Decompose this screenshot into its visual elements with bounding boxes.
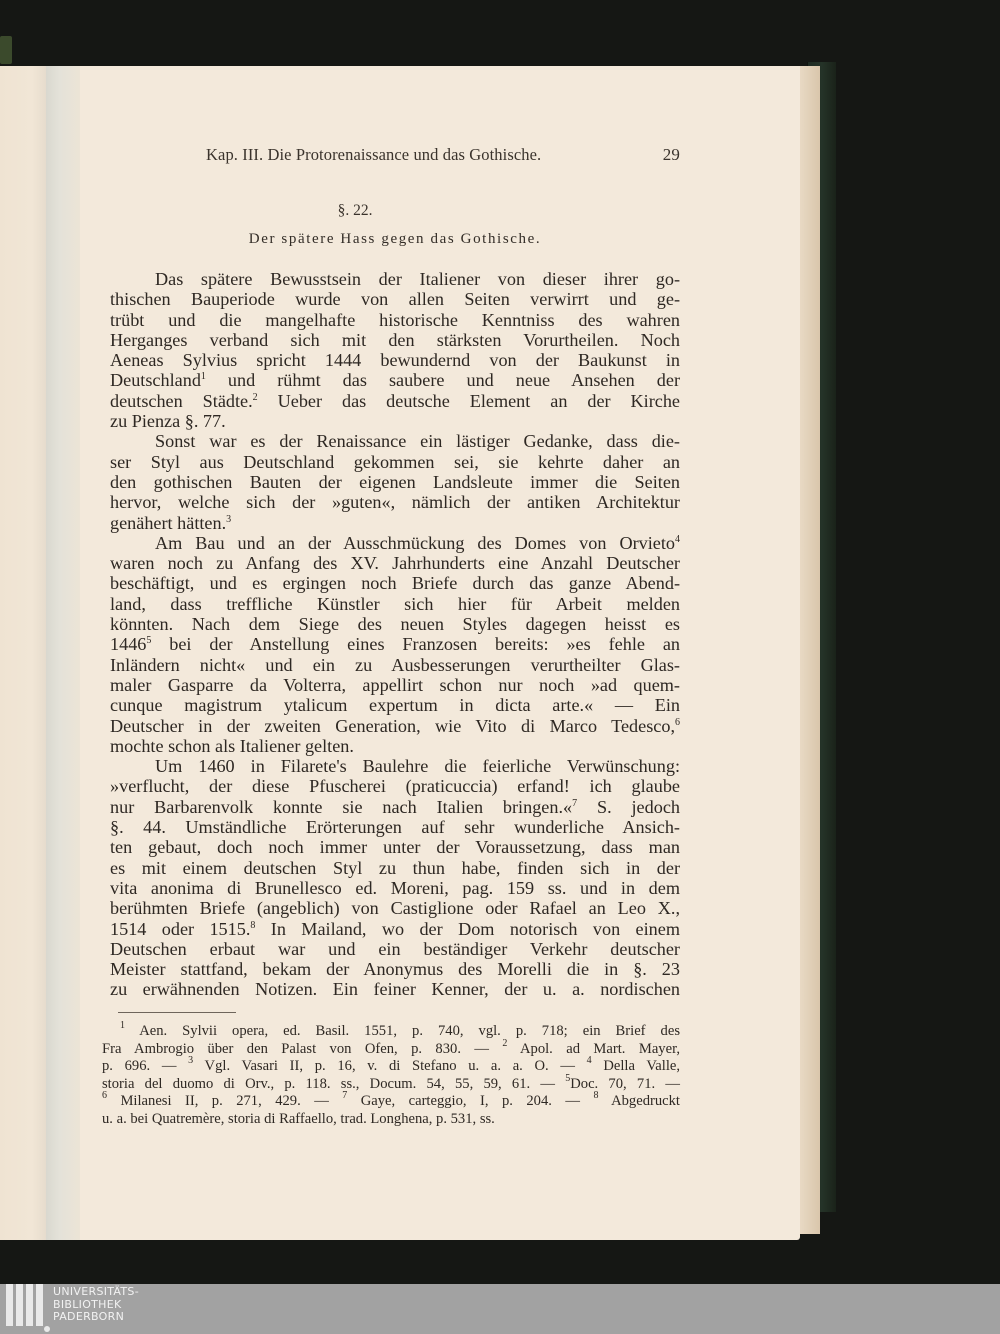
footnotes: 1 Aen. Sylvii opera, ed. Basil. 1551, p.… — [102, 1023, 680, 1129]
text-line: waren noch zu Anfang des XV. Jahrhundert… — [110, 553, 680, 573]
text-line: cunque magistrum ytalicum expertum in di… — [110, 695, 680, 715]
footnote-line: u. a. bei Quatremère, storia di Raffaell… — [102, 1111, 680, 1129]
footnote-marker: 3 — [226, 514, 231, 525]
book-gutter — [46, 66, 80, 1240]
text-line: §. 44. Umständliche Erörterungen auf seh… — [110, 817, 680, 837]
book-page: Kap. III. Die Protorenaissance und das G… — [80, 66, 800, 1240]
text-line: »verflucht, der diese Pfuscherei (pratic… — [110, 776, 680, 796]
footnote-line: p. 696. — 3 Vgl. Vasari II, p. 16, v. di… — [102, 1058, 680, 1076]
text-line: ser Styl aus Deutschland gekommen sei, s… — [110, 452, 680, 472]
text-line: vita anonima di Brunellesco ed. Moreni, … — [110, 878, 680, 898]
text-line: Aeneas Sylvius spricht 1444 bewundernd v… — [110, 350, 680, 370]
footnote-marker: 7 — [572, 798, 577, 809]
text-line: den gothischen Bauten der eigenen Landsl… — [110, 472, 680, 492]
text-line: 14465 bei der Anstellung eines Franzosen… — [110, 634, 680, 654]
text-line: es mit einem deutschen Styl zu thun habe… — [110, 858, 680, 878]
text-line: land, dass treffliche Künstler sich hier… — [110, 594, 680, 614]
logo-line-3: PADERBORN — [53, 1311, 139, 1324]
footnote-marker: 1 — [120, 1020, 125, 1031]
footnote-marker: 8 — [593, 1090, 598, 1101]
text-line: Herganges verband sich mit den stärksten… — [110, 330, 680, 350]
text-line: 1514 oder 1515.8 In Mailand, wo der Dom … — [110, 919, 680, 939]
text-line: Sonst war es der Renaissance ein lästige… — [110, 431, 680, 451]
footnote-marker: 4 — [587, 1055, 592, 1066]
text-line: genähert hätten.3 — [110, 513, 680, 533]
footnote-line: 6 Milanesi II, p. 271, 429. — 7 Gaye, ca… — [102, 1093, 680, 1111]
text-line: Inländern nicht« und ein zu Ausbesserung… — [110, 655, 680, 675]
footnote-marker: 2 — [253, 392, 258, 403]
text-line: Meister stattfand, bekam der Anonymus de… — [110, 959, 680, 979]
text-line: Deutschen erbaut war und ein beständiger… — [110, 939, 680, 959]
text-line: zu erwähnenden Notizen. Ein feiner Kenne… — [110, 979, 680, 999]
body-text: Das spätere Bewusstsein der Italiener vo… — [110, 269, 680, 1000]
text-line: thischen Bauperiode wurde von allen Seit… — [110, 289, 680, 309]
footnote-marker: 8 — [250, 920, 255, 931]
library-logo-icon — [6, 1284, 46, 1334]
footnote-marker: 4 — [675, 534, 680, 545]
text-line: nur Barbarenvolk konnte sie nach Italien… — [110, 797, 680, 817]
text-line: Am Bau und an der Ausschmückung des Dome… — [110, 533, 680, 553]
text-line: berühmten Briefe (angeblich) von Castigl… — [110, 898, 680, 918]
page-number: 29 — [663, 145, 680, 165]
running-head-title: Kap. III. Die Protorenaissance und das G… — [206, 145, 541, 165]
footnote-marker: 6 — [102, 1090, 107, 1101]
text-line: mochte schon als Italiener gelten. — [110, 736, 680, 756]
footnote-rule — [118, 1012, 236, 1013]
footnote-marker: 2 — [502, 1038, 507, 1049]
text-line: Um 1460 in Filarete's Baulehre die feier… — [110, 756, 680, 776]
footnote-marker: 6 — [675, 717, 680, 728]
footnote-marker: 5 — [146, 635, 151, 646]
footnote-line: 1 Aen. Sylvii opera, ed. Basil. 1551, p.… — [102, 1023, 680, 1041]
text-line: Deutscher in der zweiten Generation, wie… — [110, 716, 680, 736]
text-line: maler Gasparre da Volterra, appellirt sc… — [110, 675, 680, 695]
library-logo-text: UNIVERSITÄTS- BIBLIOTHEK PADERBORN — [53, 1286, 139, 1324]
text-line: ten gebaut, doch noch immer unter der Vo… — [110, 837, 680, 857]
footnote-marker: 7 — [342, 1090, 347, 1101]
footnote-marker: 3 — [188, 1055, 193, 1066]
text-line: hervor, welche sich der »guten«, nämlich… — [110, 492, 680, 512]
library-footer-bar: UNIVERSITÄTS- BIBLIOTHEK PADERBORN — [0, 1284, 1000, 1334]
text-line: könnten. Nach dem Siege des neuen Styles… — [110, 614, 680, 634]
section-title: Der spätere Hass gegen das Gothische. — [110, 231, 680, 248]
text-line: Deutschland1 und rühmt das saubere und n… — [110, 370, 680, 390]
footnote-marker: 1 — [201, 371, 206, 382]
page-fore-edge — [800, 66, 820, 1234]
text-line: deutschen Städte.2 Ueber das deutsche El… — [110, 391, 680, 411]
left-page-edge — [0, 66, 47, 1240]
text-line: zu Pienza §. 77. — [110, 411, 680, 431]
logo-line-1: UNIVERSITÄTS- — [53, 1286, 139, 1299]
text-line: beschäftigt, und es ergingen noch Briefe… — [110, 573, 680, 593]
text-line: trübt und die mangelhafte historische Ke… — [110, 310, 680, 330]
cover-fragment — [0, 36, 12, 64]
footnote-marker: 5 — [565, 1073, 570, 1084]
text-line: Das spätere Bewusstsein der Italiener vo… — [110, 269, 680, 289]
section-number: §. 22. — [110, 202, 600, 220]
